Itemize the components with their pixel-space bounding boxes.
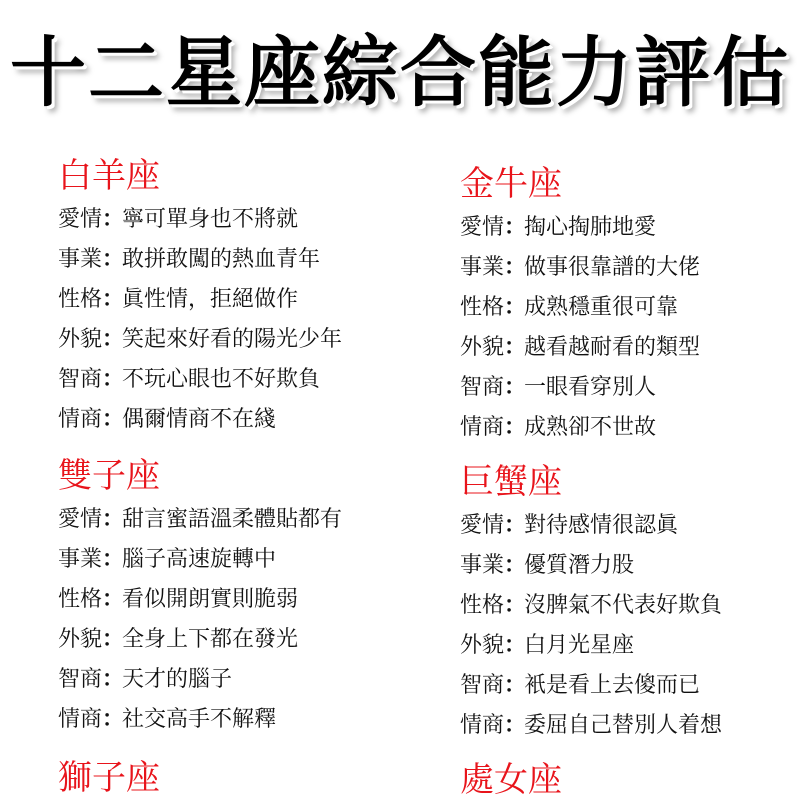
page-title: 十二星座綜合能力評估 bbox=[0, 28, 800, 118]
trait-row: 事業：優質潛力股 bbox=[460, 546, 722, 586]
trait-label: 事業 bbox=[58, 240, 102, 280]
separator: ： bbox=[102, 660, 122, 700]
separator: ： bbox=[102, 320, 122, 360]
trait-row: 性格：看似開朗實則脆弱 bbox=[58, 580, 342, 620]
trait-label: 智商 bbox=[460, 368, 504, 408]
trait-value: 全身上下都在發光 bbox=[122, 627, 298, 652]
trait-value: 越看越耐看的類型 bbox=[524, 335, 700, 360]
trait-row: 愛情：對待感情很認眞 bbox=[460, 506, 722, 546]
trait-row: 情商：偶爾情商不在綫 bbox=[58, 400, 342, 440]
trait-value: 天才的腦子 bbox=[122, 667, 232, 692]
trait-value: 不玩心眼也不好欺負 bbox=[122, 367, 320, 392]
trait-row: 性格：眞性情，拒絕做作 bbox=[58, 280, 342, 320]
trait-value: 眞性情，拒絕做作 bbox=[122, 287, 298, 312]
separator: ： bbox=[504, 506, 524, 546]
sign-section-leo: 獅子座 bbox=[58, 758, 160, 800]
trait-label: 性格 bbox=[460, 586, 504, 626]
separator: ： bbox=[102, 200, 122, 240]
trait-row: 外貌：越看越耐看的類型 bbox=[460, 328, 700, 368]
trait-label: 愛情 bbox=[460, 208, 504, 248]
trait-value: 白月光星座 bbox=[524, 633, 634, 658]
sign-name: 金牛座 bbox=[460, 164, 700, 204]
trait-row: 愛情：掏心掏肺地愛 bbox=[460, 208, 700, 248]
sign-name: 獅子座 bbox=[58, 758, 160, 798]
trait-value: 成熟穩重很可靠 bbox=[524, 295, 678, 320]
separator: ： bbox=[504, 586, 524, 626]
trait-label: 性格 bbox=[460, 288, 504, 328]
trait-label: 智商 bbox=[58, 660, 102, 700]
trait-value: 對待感情很認眞 bbox=[524, 513, 678, 538]
trait-label: 智商 bbox=[460, 666, 504, 706]
trait-value: 看似開朗實則脆弱 bbox=[122, 587, 298, 612]
separator: ： bbox=[102, 580, 122, 620]
trait-row: 智商：天才的腦子 bbox=[58, 660, 342, 700]
trait-value: 敢拼敢闖的熱血青年 bbox=[122, 247, 320, 272]
trait-label: 情商 bbox=[58, 700, 102, 740]
trait-label: 外貌 bbox=[58, 320, 102, 360]
separator: ： bbox=[504, 666, 524, 706]
trait-value: 掏心掏肺地愛 bbox=[524, 215, 656, 240]
separator: ： bbox=[504, 248, 524, 288]
trait-label: 外貌 bbox=[460, 626, 504, 666]
separator: ： bbox=[504, 408, 524, 448]
trait-label: 性格 bbox=[58, 280, 102, 320]
trait-label: 外貌 bbox=[58, 620, 102, 660]
sign-name: 處女座 bbox=[460, 760, 562, 800]
trait-row: 情商：成熟卻不世故 bbox=[460, 408, 700, 448]
sign-section-taurus: 金牛座 愛情：掏心掏肺地愛 事業：做事很靠譜的大佬 性格：成熟穩重很可靠 外貌：… bbox=[460, 164, 700, 448]
separator: ： bbox=[102, 500, 122, 540]
trait-label: 愛情 bbox=[460, 506, 504, 546]
trait-label: 情商 bbox=[58, 400, 102, 440]
separator: ： bbox=[504, 546, 524, 586]
trait-value: 笑起來好看的陽光少年 bbox=[122, 327, 342, 352]
separator: ： bbox=[102, 540, 122, 580]
trait-value: 優質潛力股 bbox=[524, 553, 634, 578]
trait-label: 事業 bbox=[58, 540, 102, 580]
trait-row: 外貌：全身上下都在發光 bbox=[58, 620, 342, 660]
trait-row: 智商：衹是看上去傻而已 bbox=[460, 666, 722, 706]
trait-value: 社交高手不解釋 bbox=[122, 707, 276, 732]
separator: ： bbox=[102, 400, 122, 440]
trait-label: 智商 bbox=[58, 360, 102, 400]
trait-row: 事業：做事很靠譜的大佬 bbox=[460, 248, 700, 288]
trait-value: 腦子高速旋轉中 bbox=[122, 547, 276, 572]
trait-row: 事業：腦子高速旋轉中 bbox=[58, 540, 342, 580]
separator: ： bbox=[504, 706, 524, 746]
trait-row: 智商：不玩心眼也不好欺負 bbox=[58, 360, 342, 400]
separator: ： bbox=[102, 700, 122, 740]
separator: ： bbox=[102, 360, 122, 400]
trait-row: 外貌：白月光星座 bbox=[460, 626, 722, 666]
sign-section-aries: 白羊座 愛情：寧可單身也不將就 事業：敢拼敢闖的熱血青年 性格：眞性情，拒絕做作… bbox=[58, 156, 342, 440]
trait-value: 偶爾情商不在綫 bbox=[122, 407, 276, 432]
trait-value: 一眼看穿別人 bbox=[524, 375, 656, 400]
trait-value: 成熟卻不世故 bbox=[524, 415, 656, 440]
trait-value: 衹是看上去傻而已 bbox=[524, 673, 700, 698]
trait-value: 沒脾氣不代表好欺負 bbox=[524, 593, 722, 618]
separator: ： bbox=[504, 208, 524, 248]
trait-label: 愛情 bbox=[58, 500, 102, 540]
sign-name: 巨蟹座 bbox=[460, 462, 722, 502]
trait-value: 委屈自己替別人着想 bbox=[524, 713, 722, 738]
trait-value: 做事很靠譜的大佬 bbox=[524, 255, 700, 280]
trait-label: 愛情 bbox=[58, 200, 102, 240]
sign-name: 白羊座 bbox=[58, 156, 342, 196]
sign-section-virgo: 處女座 bbox=[460, 760, 562, 800]
separator: ： bbox=[102, 280, 122, 320]
trait-row: 性格：沒脾氣不代表好欺負 bbox=[460, 586, 722, 626]
trait-value: 甜言蜜語溫柔體貼都有 bbox=[122, 507, 342, 532]
trait-label: 情商 bbox=[460, 706, 504, 746]
trait-row: 情商：社交高手不解釋 bbox=[58, 700, 342, 740]
trait-row: 事業：敢拼敢闖的熱血青年 bbox=[58, 240, 342, 280]
sign-section-cancer: 巨蟹座 愛情：對待感情很認眞 事業：優質潛力股 性格：沒脾氣不代表好欺負 外貌：… bbox=[460, 462, 722, 746]
trait-label: 事業 bbox=[460, 546, 504, 586]
trait-row: 外貌：笑起來好看的陽光少年 bbox=[58, 320, 342, 360]
sign-name: 雙子座 bbox=[58, 456, 342, 496]
trait-row: 愛情：寧可單身也不將就 bbox=[58, 200, 342, 240]
trait-row: 愛情：甜言蜜語溫柔體貼都有 bbox=[58, 500, 342, 540]
trait-label: 情商 bbox=[460, 408, 504, 448]
trait-row: 情商：委屈自己替別人着想 bbox=[460, 706, 722, 746]
trait-row: 性格：成熟穩重很可靠 bbox=[460, 288, 700, 328]
separator: ： bbox=[102, 240, 122, 280]
separator: ： bbox=[102, 620, 122, 660]
separator: ： bbox=[504, 288, 524, 328]
trait-row: 智商：一眼看穿別人 bbox=[460, 368, 700, 408]
sign-section-gemini: 雙子座 愛情：甜言蜜語溫柔體貼都有 事業：腦子高速旋轉中 性格：看似開朗實則脆弱… bbox=[58, 456, 342, 740]
separator: ： bbox=[504, 328, 524, 368]
trait-label: 外貌 bbox=[460, 328, 504, 368]
trait-value: 寧可單身也不將就 bbox=[122, 207, 298, 232]
separator: ： bbox=[504, 368, 524, 408]
separator: ： bbox=[504, 626, 524, 666]
trait-label: 事業 bbox=[460, 248, 504, 288]
trait-label: 性格 bbox=[58, 580, 102, 620]
